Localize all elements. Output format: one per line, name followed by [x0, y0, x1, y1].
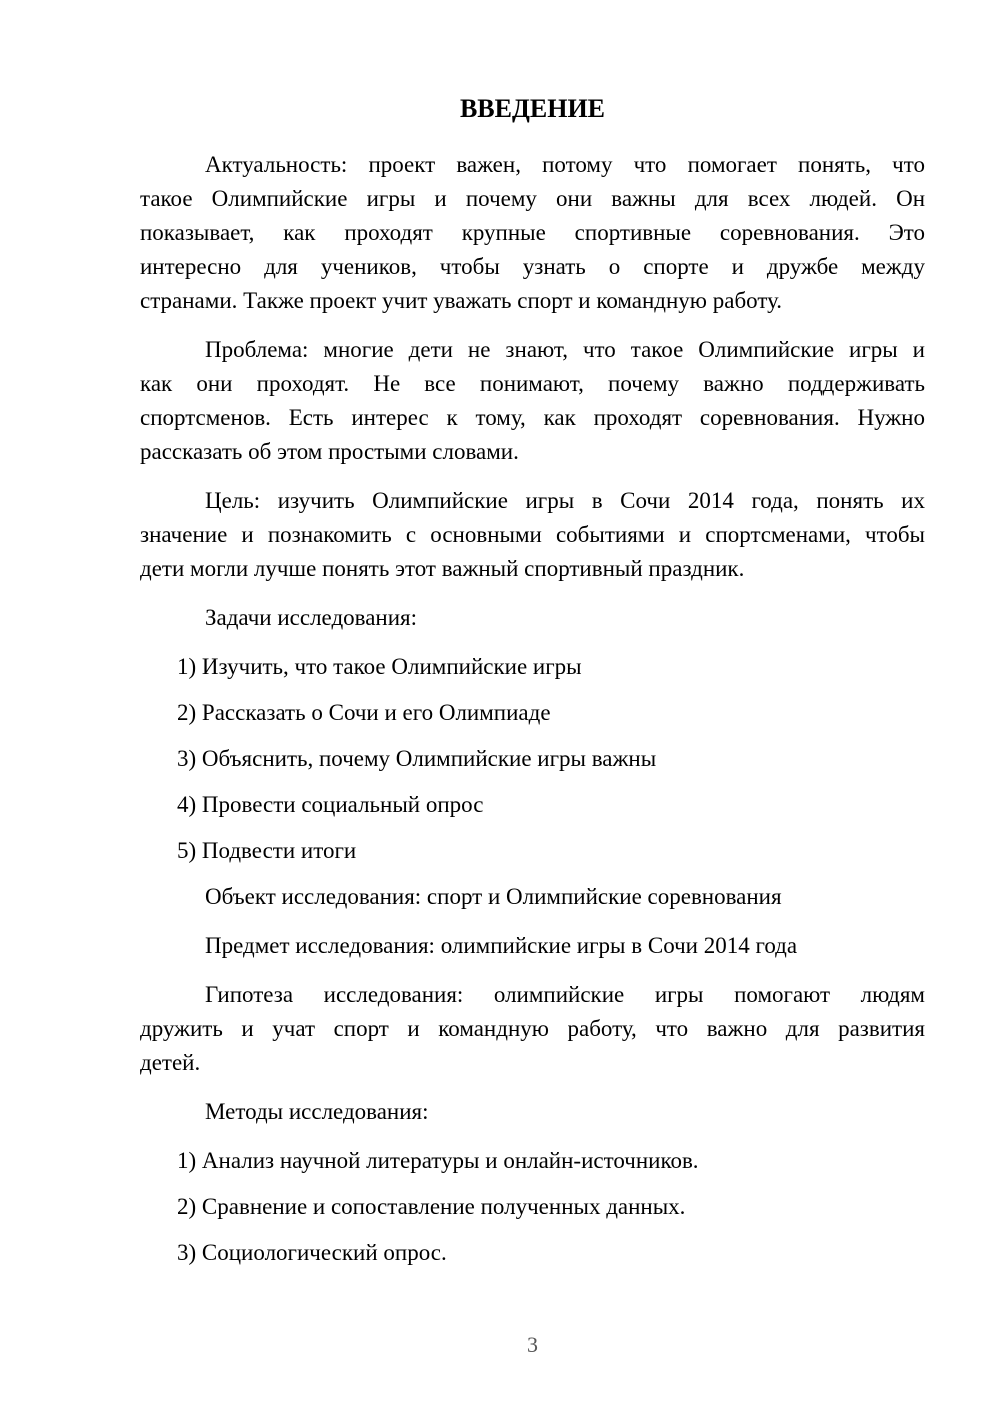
- list-item: 3) Объяснить, почему Олимпийские игры ва…: [177, 742, 925, 776]
- paragraph-line: Гипотеза исследования: олимпийские игры …: [140, 978, 925, 1012]
- paragraph-line: дружить и учат спорт и командную работу,…: [140, 1012, 925, 1046]
- paragraph-line: такое Олимпийские игры и почему они важн…: [140, 182, 925, 216]
- paragraph-line: спортсменов. Есть интерес к тому, как пр…: [140, 401, 925, 435]
- paragraph-line: рассказать об этом простыми словами.: [140, 435, 925, 469]
- list-item: 3) Социологический опрос.: [177, 1236, 925, 1270]
- list-item: 1) Анализ научной литературы и онлайн-ис…: [177, 1144, 925, 1178]
- tasks-list: 1) Изучить, что такое Олимпийские игры2)…: [177, 650, 925, 868]
- paragraph-line: детей.: [140, 1046, 925, 1080]
- paragraph-line: интересно для учеников, чтобы узнать о с…: [140, 250, 925, 284]
- page-number: 3: [140, 1330, 925, 1360]
- list-item: 4) Провести социальный опрос: [177, 788, 925, 822]
- page-title: ВВЕДЕНИЕ: [140, 93, 925, 124]
- paragraph-line: дети могли лучше понять этот важный спор…: [140, 552, 925, 586]
- paragraph-problem: Проблема: многие дети не знают, что тако…: [140, 333, 925, 469]
- paragraph-line: Объект исследования: спорт и Олимпийские…: [140, 880, 925, 914]
- paragraph-object: Объект исследования: спорт и Олимпийские…: [140, 880, 925, 914]
- list-item: 5) Подвести итоги: [177, 834, 925, 868]
- paragraph-subject: Предмет исследования: олимпийские игры в…: [140, 929, 925, 963]
- paragraph-line: странами. Также проект учит уважать спор…: [140, 284, 925, 318]
- paragraph-tasks-heading: Задачи исследования:: [140, 601, 925, 635]
- paragraph-line: Цель: изучить Олимпийские игры в Сочи 20…: [140, 484, 925, 518]
- list-item: 2) Сравнение и сопоставление полученных …: [177, 1190, 925, 1224]
- paragraph-line: как они проходят. Не все понимают, почем…: [140, 367, 925, 401]
- list-item: 2) Рассказать о Сочи и его Олимпиаде: [177, 696, 925, 730]
- paragraph-line: Задачи исследования:: [140, 601, 925, 635]
- list-item: 1) Изучить, что такое Олимпийские игры: [177, 650, 925, 684]
- paragraph-relevance: Актуальность: проект важен, потому что п…: [140, 148, 925, 318]
- paragraph-line: Проблема: многие дети не знают, что тако…: [140, 333, 925, 367]
- paragraph-goal: Цель: изучить Олимпийские игры в Сочи 20…: [140, 484, 925, 586]
- paragraph-line: значение и познакомить с основными событ…: [140, 518, 925, 552]
- paragraph-line: Предмет исследования: олимпийские игры в…: [140, 929, 925, 963]
- paragraph-methods-heading: Методы исследования:: [140, 1095, 925, 1129]
- document-content: Актуальность: проект важен, потому что п…: [140, 148, 925, 1270]
- paragraph-line: Актуальность: проект важен, потому что п…: [140, 148, 925, 182]
- paragraph-line: Методы исследования:: [140, 1095, 925, 1129]
- document-page: ВВЕДЕНИЕ Актуальность: проект важен, пот…: [0, 0, 1000, 1414]
- methods-list: 1) Анализ научной литературы и онлайн-ис…: [177, 1144, 925, 1270]
- paragraph-hypothesis: Гипотеза исследования: олимпийские игры …: [140, 978, 925, 1080]
- paragraph-line: показывает, как проходят крупные спортив…: [140, 216, 925, 250]
